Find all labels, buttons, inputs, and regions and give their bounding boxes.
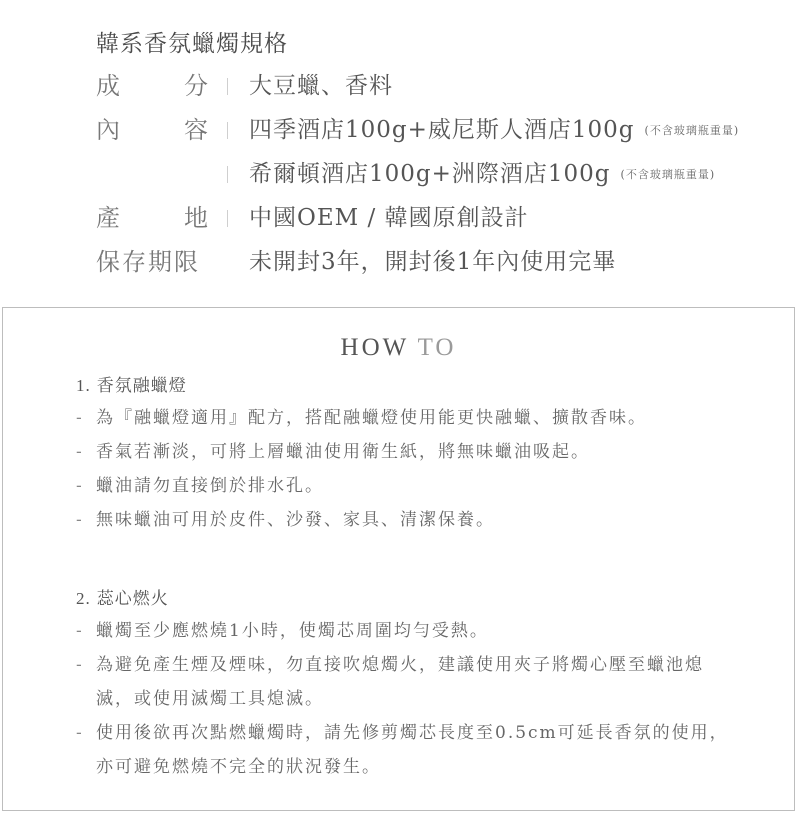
spec-label-char: 成	[96, 64, 120, 108]
separator	[227, 122, 228, 139]
howto-section-wick-burning: 2.蕊心燃火 - 蠟燭至少應燃燒1小時，使燭芯周圍均勻受熱。 - 為避免產生煙及…	[76, 584, 736, 784]
howto-title-word: TO	[418, 334, 457, 361]
spec-value-text: 大豆蠟、香料	[249, 73, 393, 99]
dash-bullet: -	[76, 401, 84, 435]
dash-bullet: -	[76, 716, 84, 750]
section-heading-text: 香氛融蠟燈	[97, 376, 187, 396]
howto-box: HOW TO 1.香氛融蠟燈 - 為『融蠟燈適用』配方，搭配融蠟燈使用能更快融蠟…	[2, 307, 795, 811]
spec-note: (不含玻璃瓶重量)	[645, 124, 740, 137]
spec-value: 中國OEM / 韓國原創設計	[249, 196, 529, 240]
spec-label: 產 地	[96, 196, 208, 240]
list-item-text: 為避免產生煙及煙味，勿直接吹熄燭火，建議使用夾子將燭心壓至蠟池熄滅，或使用滅燭工…	[96, 655, 704, 709]
spec-value: 四季酒店100g+威尼斯人酒店100g(不含玻璃瓶重量)	[249, 108, 739, 153]
spec-label-char: 內	[96, 108, 120, 152]
list-item-text: 為『融蠟燈適用』配方，搭配融蠟燈使用能更快融蠟、擴散香味。	[96, 408, 647, 428]
spec-section: 韓系香氛蠟燭規格 成 分 大豆蠟、香料 內 容 四季酒店100g+威尼斯人酒店1…	[96, 24, 288, 284]
section-number: 1.	[76, 376, 91, 395]
section-heading-text: 蕊心燃火	[97, 589, 169, 609]
spec-row-contents: 內 容 四季酒店100g+威尼斯人酒店100g(不含玻璃瓶重量)	[96, 108, 288, 152]
spec-row-shelf-life: 保存期限 未開封3年，開封後1年內使用完畢	[96, 240, 288, 284]
dash-bullet: -	[76, 614, 84, 648]
list-item: - 香氣若漸淡，可將上層蠟油使用衛生紙，將無味蠟油吸起。	[76, 435, 776, 469]
spec-label-char: 容	[184, 108, 208, 152]
spec-label: 內 容	[96, 108, 208, 152]
section-heading: 2.蕊心燃火	[76, 584, 736, 614]
separator	[227, 166, 228, 183]
list-item: - 為『融蠟燈適用』配方，搭配融蠟燈使用能更快融蠟、擴散香味。	[76, 401, 776, 435]
dash-bullet: -	[76, 435, 84, 469]
spec-row-origin: 產 地 中國OEM / 韓國原創設計	[96, 196, 288, 240]
section-number: 2.	[76, 589, 91, 608]
spec-note: (不含玻璃瓶重量)	[621, 168, 716, 181]
spec-value-text: 希爾頓酒店100g+洲際酒店100g	[249, 161, 611, 187]
howto-title-word: HOW	[341, 334, 409, 361]
separator	[227, 210, 228, 227]
spec-label: 保存期限	[96, 240, 208, 284]
spec-value: 未開封3年，開封後1年內使用完畢	[249, 240, 616, 284]
list-item-text: 蠟油請勿直接倒於排水孔。	[96, 476, 324, 496]
howto-title: HOW TO	[3, 334, 794, 362]
spec-value: 希爾頓酒店100g+洲際酒店100g(不含玻璃瓶重量)	[249, 152, 715, 197]
howto-section-melting-lamp: 1.香氛融蠟燈 - 為『融蠟燈適用』配方，搭配融蠟燈使用能更快融蠟、擴散香味。 …	[76, 371, 776, 537]
list-item-text: 無味蠟油可用於皮件、沙發、家具、清潔保養。	[96, 510, 495, 530]
spec-value: 大豆蠟、香料	[249, 64, 393, 108]
list-item: - 蠟燭至少應燃燒1小時，使燭芯周圍均勻受熱。	[76, 614, 736, 648]
list-item: - 蠟油請勿直接倒於排水孔。	[76, 469, 776, 503]
spec-value-text: 未開封3年，開封後1年內使用完畢	[249, 249, 616, 275]
separator	[227, 78, 228, 95]
spec-label-char: 分	[184, 64, 208, 108]
spec-value-text: 四季酒店100g+威尼斯人酒店100g	[249, 117, 635, 143]
spec-row-contents-continued: 希爾頓酒店100g+洲際酒店100g(不含玻璃瓶重量)	[96, 152, 288, 196]
spec-label: 成 分	[96, 64, 208, 108]
list-item: - 為避免產生煙及煙味，勿直接吹熄燭火，建議使用夾子將燭心壓至蠟池熄滅，或使用滅…	[76, 648, 736, 716]
list-item-text: 香氣若漸淡，可將上層蠟油使用衛生紙，將無味蠟油吸起。	[96, 442, 590, 462]
spec-label-char: 地	[184, 196, 208, 240]
dash-bullet: -	[76, 503, 84, 537]
list-item: - 無味蠟油可用於皮件、沙發、家具、清潔保養。	[76, 503, 776, 537]
spec-value-text: 中國OEM / 韓國原創設計	[249, 205, 529, 231]
spec-title: 韓系香氛蠟燭規格	[96, 24, 288, 64]
spec-label-char: 產	[96, 196, 120, 240]
list-item: - 使用後欲再次點燃蠟燭時，請先修剪燭芯長度至0.5cm可延長香氛的使用，亦可避…	[76, 716, 736, 784]
list-item-text: 使用後欲再次點燃蠟燭時，請先修剪燭芯長度至0.5cm可延長香氛的使用，亦可避免燃…	[96, 723, 729, 777]
dash-bullet: -	[76, 648, 84, 682]
list-item-text: 蠟燭至少應燃燒1小時，使燭芯周圍均勻受熱。	[96, 621, 489, 641]
dash-bullet: -	[76, 469, 84, 503]
section-heading: 1.香氛融蠟燈	[76, 371, 776, 401]
spec-row-ingredients: 成 分 大豆蠟、香料	[96, 64, 288, 108]
